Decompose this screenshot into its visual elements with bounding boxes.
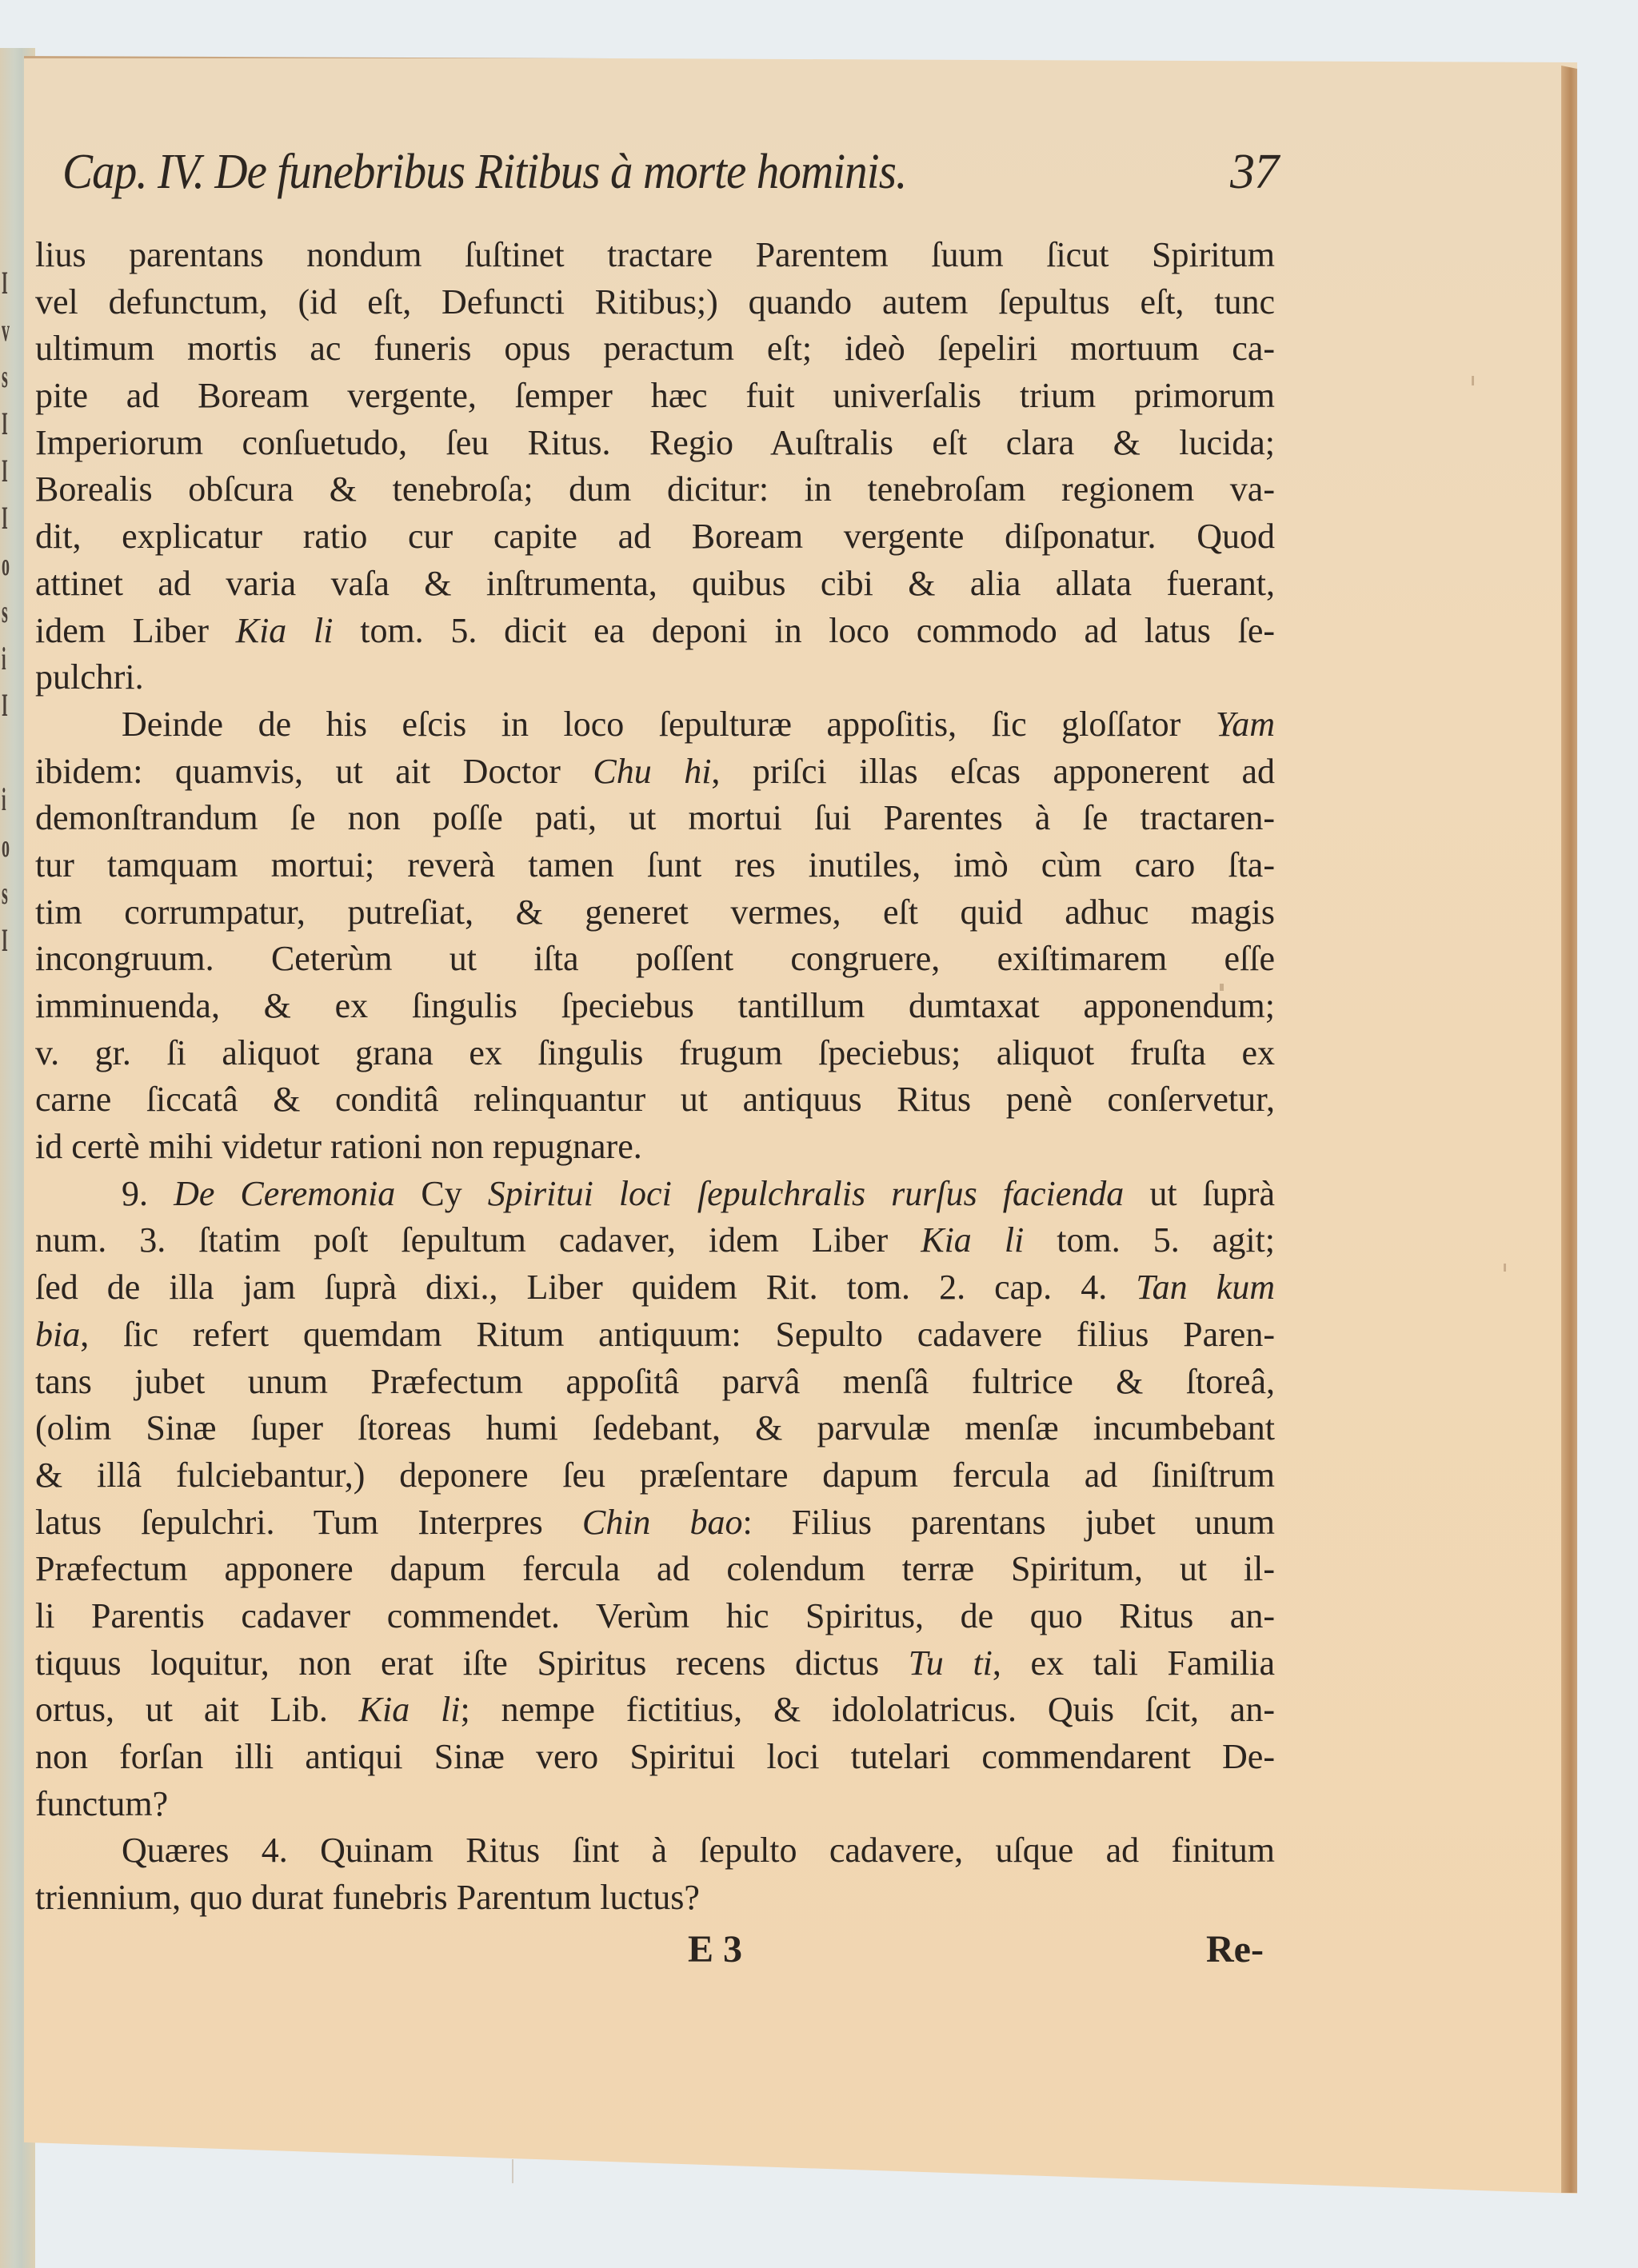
italic-term: Chu hi [593,752,711,791]
page-number: 37 [1230,144,1278,201]
text-run: li Parentis cadaver commendet. Verùm hic… [35,1596,1275,1635]
text-line: carne ſiccatâ & conditâ relinquantur ut … [35,1076,1275,1124]
text-line: demonſtrandum ſe non poſſe pati, ut mort… [35,795,1275,842]
text-line: incongruum. Ceterùm ut iſta poſſent cong… [35,936,1275,983]
text-line: pite ad Boream vergente, ſemper hæc fuit… [35,373,1275,420]
text-run: : Filius parentans jubet unum [742,1503,1275,1542]
text-run: Quæres 4. Quinam Ritus ſint à ſepulto ca… [122,1831,1275,1870]
text-run: non forſan illi antiqui Sinæ vero Spirit… [35,1737,1275,1776]
text-line: attinet ad varia vaſa & inſtrumenta, qui… [35,561,1275,608]
facing-letter-fragment: I [2,264,8,301]
facing-letter-fragment: I [2,499,8,537]
text-run: (olim Sinæ ſuper ſtoreas humi ſedebant, … [35,1408,1275,1447]
text-line: idem Liber Kia li tom. 5. dicit ea depon… [35,608,1275,655]
text-line: v. gr. ſi aliquot grana ex ſingulis frug… [35,1030,1275,1077]
page-footer: E 3 Re- [0,1927,1638,1983]
facing-letter-fragment: I [2,452,8,489]
text-line: triennium, quo durat funebris Parentum l… [35,1875,1275,1922]
text-line: & illâ fulciebantur,) deponere ſeu præſe… [35,1452,1275,1499]
text-line: imminuenda, & ex ſingulis ſpeciebus tant… [35,983,1275,1030]
italic-term: De Ceremonia [174,1174,395,1213]
italic-term: Chin bao [582,1503,743,1542]
facing-letter-fragment: I [2,686,8,724]
text-line: functum? [35,1781,1275,1828]
text-run: Borealis obſcura & tenebroſa; dum dicitu… [35,469,1275,509]
text-run: attinet ad varia vaſa & inſtrumenta, qui… [35,564,1275,603]
text-run: , priſci illas eſcas apponerent ad [711,752,1275,791]
catchword: Re- [1206,1927,1264,1971]
text-run: vel defunctum, (id eſt, Defuncti Ritibus… [35,282,1275,321]
text-line: Præfectum apponere dapum fercula ad cole… [35,1546,1275,1593]
page-edge [1561,66,1577,2193]
text-run: & illâ fulciebantur,) deponere ſeu præſe… [35,1455,1275,1495]
text-run: Imperiorum conſuetudo, ſeu Ritus. Regio … [35,423,1275,462]
facing-letter-fragment: I [2,405,8,442]
text-run: dit, explicatur ratio cur capite ad Bore… [35,517,1275,556]
text-run: triennium, quo durat funebris Parentum l… [35,1878,700,1917]
text-run: pulchri. [35,657,144,697]
text-run: ; nempe fictitius, & idololatricus. Quis… [461,1690,1275,1729]
italic-term: Spiritui loci ſepulchralis rurſus facien… [488,1174,1125,1213]
text-run: tom. 5. agit; [1024,1220,1275,1260]
text-run: Præfectum apponere dapum fercula ad cole… [35,1549,1275,1588]
facing-letter-fragment: i [2,640,6,677]
italic-term: Kia li [359,1690,461,1729]
facing-letter-fragment: o [2,827,10,864]
text-run: Cy [395,1174,487,1213]
running-head: Cap. IV. De funebribus Ritibus à morte h… [62,144,1278,208]
text-run: ſed de illa jam ſuprà dixi., Liber quide… [35,1268,1136,1307]
text-line: ortus, ut ait Lib. Kia li; nempe fictiti… [35,1687,1275,1734]
text-run: incongruum. Ceterùm ut iſta poſſent cong… [35,939,1275,978]
text-run: tur tamquam mortui; reverà tamen ſunt re… [35,845,1275,884]
text-run: ortus, ut ait Lib. [35,1690,359,1729]
text-run: functum? [35,1784,168,1823]
text-run: imminuenda, & ex ſingulis ſpeciebus tant… [35,986,1275,1025]
text-line: tur tamquam mortui; reverà tamen ſunt re… [35,842,1275,889]
paper-speck [1220,984,1224,991]
text-line: tim corrumpatur, putreſiat, & generet ve… [35,889,1275,936]
text-run: ibidem: quamvis, ut ait Doctor [35,752,593,791]
signature-mark: E 3 [688,1927,742,1971]
text-run: id certè mihi videtur rationi non repugn… [35,1127,642,1166]
text-run: pite ad Boream vergente, ſemper hæc fuit… [35,376,1275,415]
text-line: ibidem: quamvis, ut ait Doctor Chu hi, p… [35,749,1275,796]
chapter-title: Cap. IV. De funebribus Ritibus à morte h… [62,144,906,201]
text-run: latus ſepulchri. Tum Interpres [35,1503,582,1542]
text-run: tiquus loquitur, non erat iſte Spiritus … [35,1643,909,1683]
text-line: pulchri. [35,654,1275,701]
body-text: lius parentans nondum ſuſtinet tractare … [35,232,1275,1922]
text-run: tom. 5. dicit ea deponi in loco commodo … [334,611,1276,650]
italic-term: Tu ti [909,1643,993,1683]
paper-crease [512,2159,513,2183]
text-run: carne ſiccatâ & conditâ relinquantur ut … [35,1080,1275,1119]
text-line: li Parentis cadaver commendet. Verùm hic… [35,1593,1275,1640]
text-run: tans jubet unum Præfectum appoſitâ parvâ… [35,1362,1275,1401]
facing-letter-fragment: s [2,593,8,630]
italic-term: Kia li [236,611,334,650]
text-run: , ſic refert quemdam Ritum antiquum: Sep… [80,1315,1275,1354]
facing-letter-fragment: s [2,874,8,912]
text-line: vel defunctum, (id eſt, Defuncti Ritibus… [35,279,1275,326]
italic-term: Kia li [921,1220,1024,1260]
text-line: id certè mihi videtur rationi non repugn… [35,1124,1275,1171]
text-line: ſed de illa jam ſuprà dixi., Liber quide… [35,1264,1275,1312]
text-line: num. 3. ſtatim poſt ſepultum cadaver, id… [35,1217,1275,1264]
text-run: ultimum mortis ac funeris opus peractum … [35,329,1275,368]
paper-speck [1504,1264,1506,1272]
text-run: idem Liber [35,611,236,650]
text-line: tans jubet unum Præfectum appoſitâ parvâ… [35,1359,1275,1406]
text-line: Borealis obſcura & tenebroſa; dum dicitu… [35,466,1275,513]
text-line: lius parentans nondum ſuſtinet tractare … [35,232,1275,279]
text-run: v. gr. ſi aliquot grana ex ſingulis frug… [35,1033,1275,1072]
facing-letter-fragment: i [2,781,6,818]
text-line: 9. De Ceremonia Cy Spiritui loci ſepulch… [35,1171,1275,1218]
text-line: tiquus loquitur, non erat iſte Spiritus … [35,1640,1275,1687]
text-line: ultimum mortis ac funeris opus peractum … [35,325,1275,373]
text-line: dit, explicatur ratio cur capite ad Bore… [35,513,1275,561]
text-line: bia, ſic refert quemdam Ritum antiquum: … [35,1312,1275,1359]
text-run: num. 3. ſtatim poſt ſepultum cadaver, id… [35,1220,921,1260]
italic-term: bia [35,1315,80,1354]
text-run: lius parentans nondum ſuſtinet tractare … [35,235,1275,274]
text-run: Deinde de his eſcis in loco ſepulturæ ap… [122,705,1216,744]
text-line: latus ſepulchri. Tum Interpres Chin bao:… [35,1499,1275,1547]
text-line: Quæres 4. Quinam Ritus ſint à ſepulto ca… [35,1827,1275,1875]
facing-letter-fragment: s [2,357,8,395]
facing-letter-fragment: o [2,545,10,583]
text-run: ut ſuprà [1124,1174,1275,1213]
facing-letter-fragment: v [2,311,10,349]
text-run: , ex tali Familia [993,1643,1275,1683]
text-line: non forſan illi antiqui Sinæ vero Spirit… [35,1734,1275,1781]
facing-letter-fragment: I [2,921,8,959]
text-line: Deinde de his eſcis in loco ſepulturæ ap… [35,701,1275,749]
text-line: (olim Sinæ ſuper ſtoreas humi ſedebant, … [35,1405,1275,1452]
text-run: tim corrumpatur, putreſiat, & generet ve… [35,892,1275,932]
italic-term: Yam [1216,705,1275,744]
text-run: 9. [122,1174,174,1213]
text-run: demonſtrandum ſe non poſſe pati, ut mort… [35,798,1275,837]
text-line: Imperiorum conſuetudo, ſeu Ritus. Regio … [35,420,1275,467]
italic-term: Tan kum [1136,1268,1275,1307]
paper-speck [1472,376,1474,385]
